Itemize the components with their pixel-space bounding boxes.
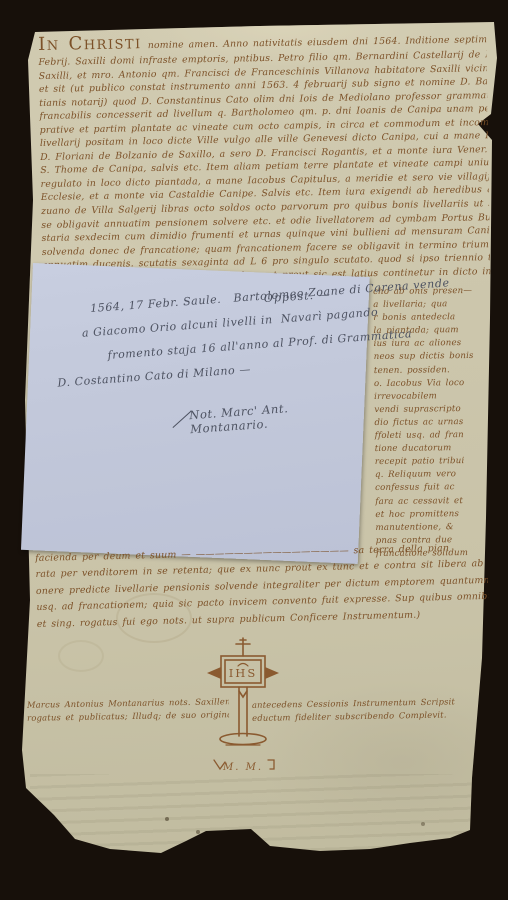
manuscript-line-fragment: neos sup dictis bonis [374, 350, 492, 364]
manuscript-line-fragment: vendi suprascripto [374, 403, 492, 417]
invocation-text: In Christi [38, 32, 142, 55]
note-lines: 1564, 17 Febr. Saule. Bartolomeo Zoane d… [51, 278, 362, 396]
paper-ripples [30, 774, 485, 852]
manuscript-line-fragment: a livellaria; qua [373, 298, 491, 312]
manuscript-line-fragment: recepit patio tribui [375, 455, 493, 469]
ink-specks [20, 18, 22, 20]
signature-text: Not. Marc' Ant. Montanario. [189, 396, 366, 436]
deed-text-lower: facienda per deum et suum — ————————————… [35, 540, 489, 633]
manuscript-line-fragment: irrevocabilem [374, 390, 492, 404]
manuscript-line-fragment: fara ac cessavit et [375, 494, 493, 508]
manuscript-line-fragment: tione ducatorum [375, 442, 493, 456]
manuscript-line-fragment: ffoleti usq. ad fran [375, 429, 493, 443]
ihs-monogram: IHS [229, 666, 257, 680]
manuscript-line-fragment: et hoc promittens [375, 507, 493, 521]
photograph-of-document: In Christinomine amen. Anno nativitatis … [0, 0, 508, 900]
pedestal-base [220, 734, 266, 746]
note-signature: Not. Marc' Ant. Montanario. [172, 396, 367, 438]
deed-text-right-column: cho ab onis presen—a livellaria; quar bo… [373, 285, 494, 561]
cross-icon [236, 638, 250, 656]
closing-attestation-right: antecedens Cessionis Instrumentum Scrips… [252, 695, 470, 724]
manuscript-line-fragment: dio fictus ac urnas [374, 416, 492, 430]
main-deed-text: In Christinomine amen. Anno nativitatis … [38, 26, 490, 286]
paper-stain-ring [58, 640, 104, 672]
deed-lines: Febrij. Saxilli domi infraste emptoris, … [38, 48, 490, 286]
manuscript-line-fragment: o. Iacobus Via loco [374, 376, 492, 390]
manuscript-line-fragment: confessus fuit ac [375, 481, 493, 495]
manuscript-line-fragment: r bonis antedecla [373, 311, 491, 325]
stem [239, 687, 247, 736]
closing-attestation-left: Marcus Antonius Montanarius nots. Saxill… [27, 695, 229, 724]
pasted-blue-note: Oppost. — 1564, 17 Febr. Saule. Bartolom… [21, 263, 370, 564]
manuscript-line-fragment: tenen. possiden. [374, 363, 492, 377]
note-summary-text: 1564, 17 Febr. Saule. Bartolomeo Zoane d… [51, 278, 366, 445]
notary-initials: M. M. [222, 762, 263, 773]
manuscript-line-fragment: q. Reliquum vero [375, 468, 493, 482]
manuscript-line-fragment: manutentione, & [375, 520, 493, 534]
